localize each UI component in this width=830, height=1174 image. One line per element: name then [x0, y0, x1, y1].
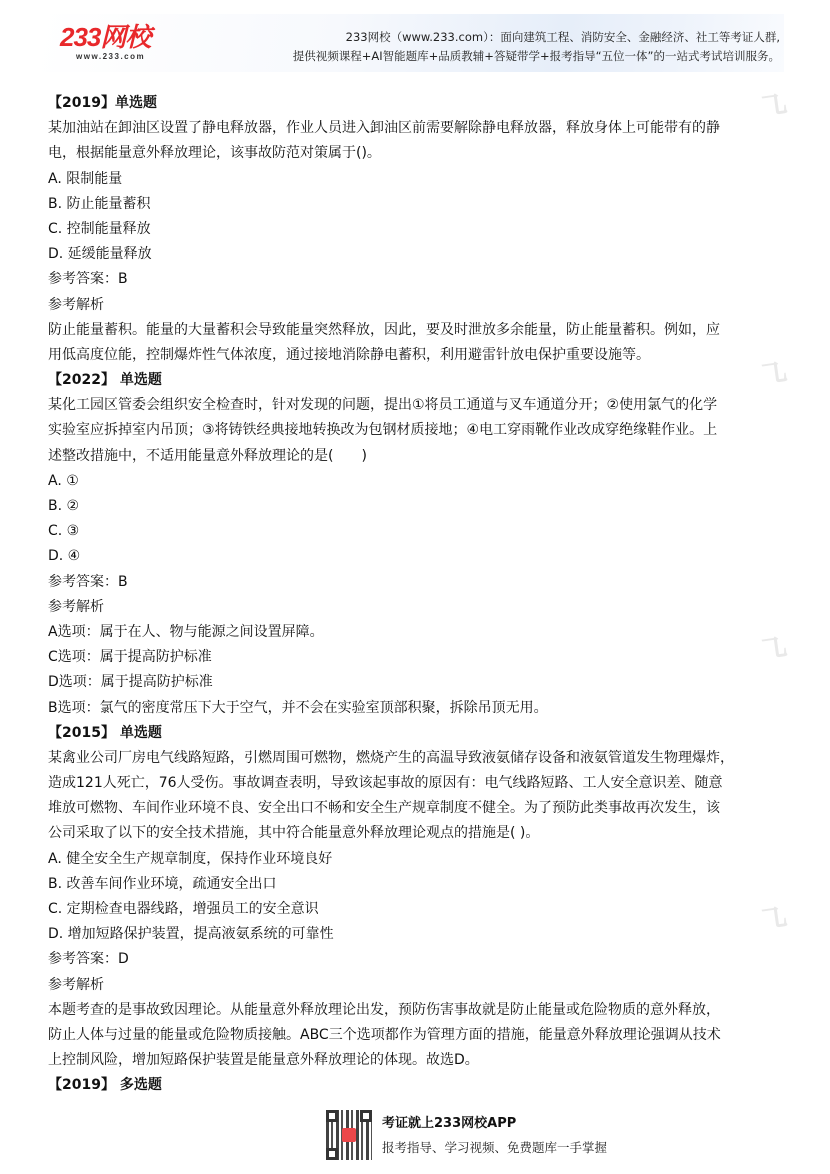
- option-d: D. 增加短路保护装置，提高液氨系统的可靠性: [48, 922, 760, 947]
- option-c: C. 控制能量释放: [48, 217, 760, 242]
- question-stem-line: 实验室应拆掉室内吊顶；③将铸铁经典接地转换改为包钢材质接地；④电工穿雨靴作业改成…: [48, 418, 760, 443]
- app-logo-icon: [342, 1128, 356, 1142]
- answer: 参考答案：B: [48, 570, 760, 595]
- question-block: 【2019】单选题 某加油站在卸油区设置了静电释放器，作业人员进入卸油区前需要解…: [48, 91, 760, 368]
- question-stem-line: 堆放可燃物、车间作业环境不良、安全出口不畅和安全生产规章制度不健全。为了预防此类…: [48, 796, 760, 821]
- analysis-line: A选项：属于在人、物与能源之间设置屏障。: [48, 620, 760, 645]
- app-promo-footer: 考证就上233网校APP 报考指导、学习视频、免费题库一手掌握: [326, 1106, 646, 1166]
- option-d: D. 延缓能量释放: [48, 242, 760, 267]
- tagline-line-2: 提供视频课程+AI智能题库+品质教辅+答疑带学+报考指导“五位一体”的一站式考试…: [293, 47, 780, 66]
- question-title: 【2019】 多选题: [48, 1073, 760, 1098]
- analysis-label: 参考解析: [48, 293, 760, 318]
- option-b: B. ②: [48, 494, 760, 519]
- analysis-line: B选项：氯气的密度常压下大于空气，并不会在实验室顶部积聚，拆除吊顶无用。: [48, 696, 760, 721]
- question-stem-line: 述整改措施中，不适用能量意外释放理论的是( ): [48, 444, 760, 469]
- question-stem-line: 某禽业公司厂房电气线路短路，引燃周围可燃物，燃烧产生的高温导致液氨储存设备和液氨…: [48, 746, 760, 771]
- question-stem-line: 电，根据能量意外释放理论，该事故防范对策属于()。: [48, 141, 760, 166]
- question-stem-line: 某化工园区管委会组织安全检查时，针对发现的问题，提出①将员工通道与叉车通道分开；…: [48, 393, 760, 418]
- tagline-line-1: 233网校（www.233.com）：面向建筑工程、消防安全、金融经济、社工等考…: [293, 28, 780, 47]
- analysis-line: C选项：属于提高防护标准: [48, 645, 760, 670]
- question-block: 【2022】 单选题 某化工园区管委会组织安全检查时，针对发现的问题，提出①将员…: [48, 368, 760, 721]
- document-body: 【2019】单选题 某加油站在卸油区设置了静电释放器，作业人员进入卸油区前需要解…: [48, 91, 760, 1099]
- option-b: B. 改善车间作业环境，疏通安全出口: [48, 872, 760, 897]
- question-title: 【2019】单选题: [48, 91, 760, 116]
- header-tagline: 233网校（www.233.com）：面向建筑工程、消防安全、金融经济、社工等考…: [293, 28, 780, 66]
- question-stem-line: 公司采取了以下的安全技术措施，其中符合能量意外释放理论观点的措施是( )。: [48, 821, 760, 846]
- analysis-line: 防止人体与过量的能量或危险物质接触。ABC三个选项都作为管理方面的措施，能量意外…: [48, 1023, 760, 1048]
- analysis-label: 参考解析: [48, 973, 760, 998]
- option-c: C. ③: [48, 519, 760, 544]
- question-title: 【2022】 单选题: [48, 368, 760, 393]
- qr-finder-icon: [360, 1110, 372, 1122]
- question-stem-line: 造成121人死亡，76人受伤。事故调查表明，导致该起事故的原因有：电气线路短路、…: [48, 771, 760, 796]
- option-a: A. 健全安全生产规章制度，保持作业环境良好: [48, 847, 760, 872]
- option-a: A. 限制能量: [48, 167, 760, 192]
- option-b: B. 防止能量蓄积: [48, 192, 760, 217]
- option-d: D. ④: [48, 544, 760, 569]
- logo-text: 233网校: [60, 22, 150, 52]
- analysis-line: 上控制风险，增加短路保护装置是能量意外释放理论的体现。故选D。: [48, 1048, 760, 1073]
- analysis-line: 本题考查的是事故致因理论。从能量意外释放理论出发，预防伤害事故就是防止能量或危险…: [48, 998, 760, 1023]
- logo: 233网校 www.233.com: [60, 22, 180, 66]
- page-header: 233网校 www.233.com 233网校（www.233.com）：面向建…: [40, 14, 784, 72]
- footer-title: 考证就上233网校APP: [382, 1112, 516, 1131]
- logo-url: www.233.com: [76, 52, 145, 61]
- question-title: 【2015】 单选题: [48, 721, 760, 746]
- analysis-line: 用低高度位能，控制爆炸性气体浓度，通过接地消除静电蓄积，利用避雷针放电保护重要设…: [48, 343, 760, 368]
- analysis-label: 参考解析: [48, 595, 760, 620]
- option-a: A. ①: [48, 469, 760, 494]
- option-c: C. 定期检查电器线路，增强员工的安全意识: [48, 897, 760, 922]
- question-stem-line: 某加油站在卸油区设置了静电释放器，作业人员进入卸油区前需要解除静电释放器，释放身…: [48, 116, 760, 141]
- answer: 参考答案：B: [48, 267, 760, 292]
- qr-code-icon[interactable]: [326, 1110, 372, 1160]
- analysis-line: D选项：属于提高防护标准: [48, 670, 760, 695]
- question-block: 【2015】 单选题 某禽业公司厂房电气线路短路，引燃周围可燃物，燃烧产生的高温…: [48, 721, 760, 1074]
- footer-subtitle: 报考指导、学习视频、免费题库一手掌握: [382, 1138, 607, 1156]
- answer: 参考答案：D: [48, 947, 760, 972]
- analysis-line: 防止能量蓄积。能量的大量蓄积会导致能量突然释放，因此，要及时泄放多余能量，防止能…: [48, 318, 760, 343]
- question-block: 【2019】 多选题: [48, 1073, 760, 1098]
